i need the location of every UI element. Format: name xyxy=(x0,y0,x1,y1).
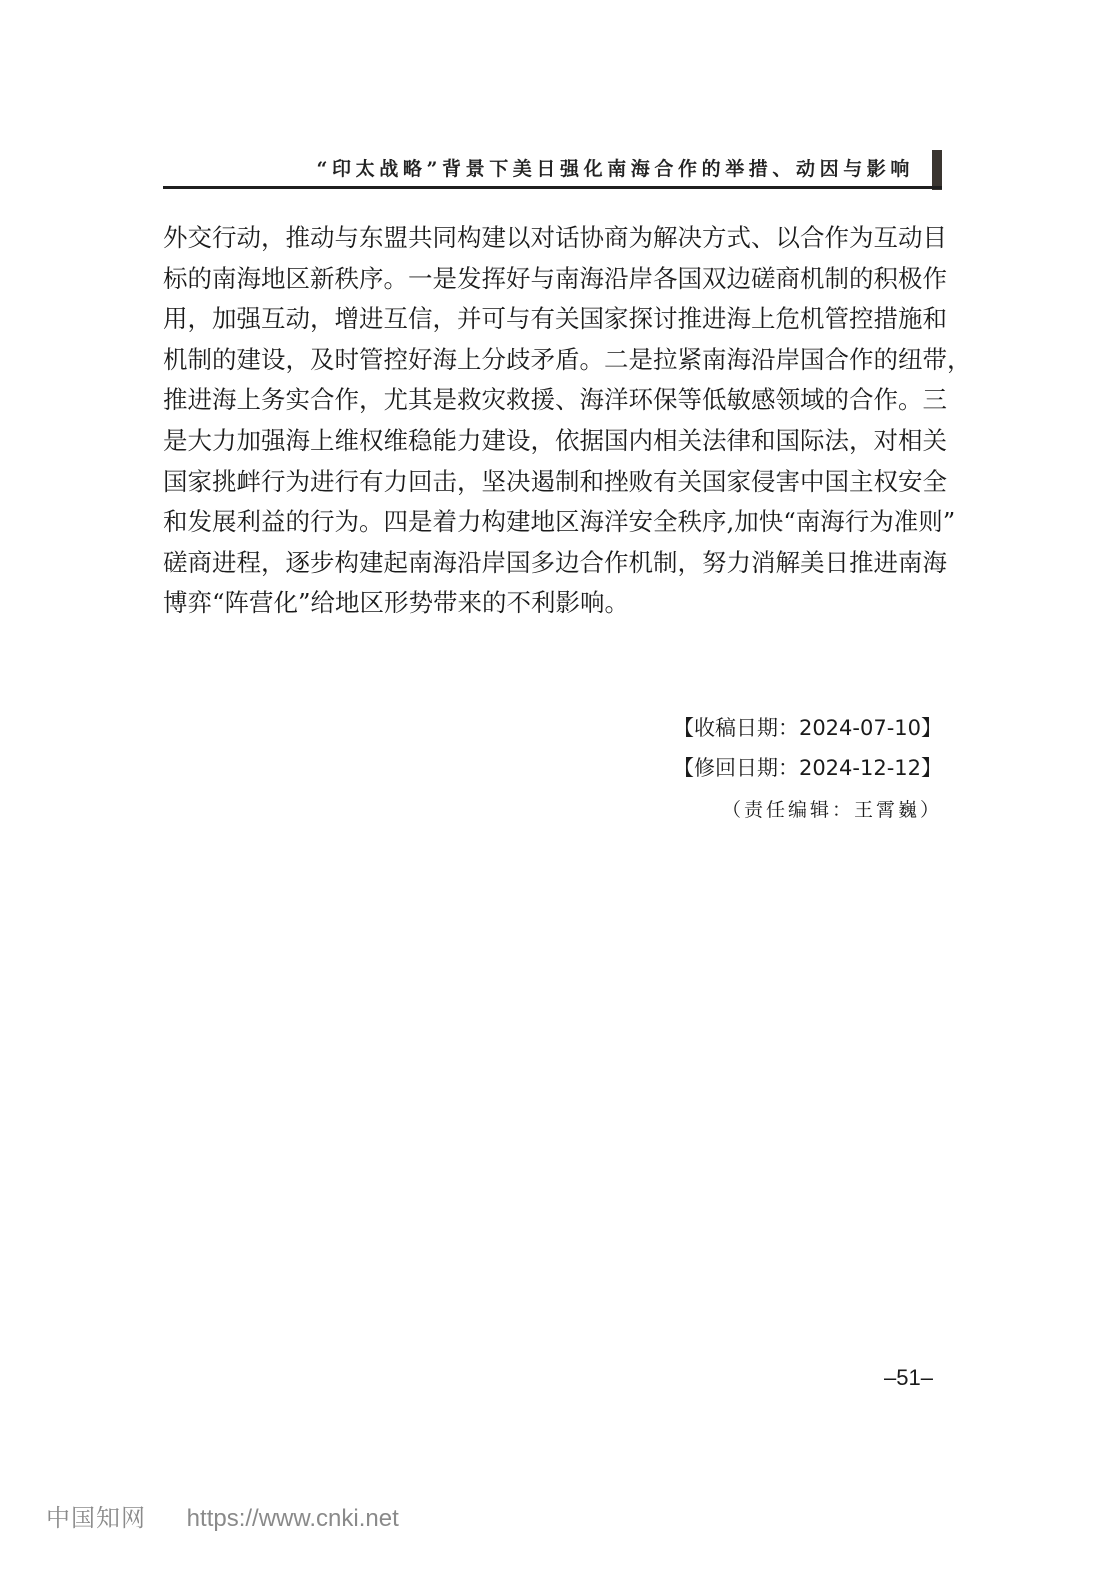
body-line: 机制的建设，及时管控好海上分歧矛盾。二是拉紧南海沿岸国合作的纽带， xyxy=(163,340,942,381)
watermark: 中国知网 https://www.cnki.net xyxy=(46,1498,399,1533)
watermark-url: https://www.cnki.net xyxy=(187,1505,399,1532)
running-header-title: “印太战略”背景下美日强化南海合作的举措、动因与影响 xyxy=(317,154,914,181)
responsible-editor: （责任编辑：王霄巍） xyxy=(673,788,942,828)
body-line: 博弈“阵营化”给地区形势带来的不利影响。 xyxy=(163,583,942,624)
received-date: 【收稿日期：2024-07-10】 xyxy=(673,708,942,748)
body-line: 是大力加强海上维权维稳能力建设，依据国内相关法律和国际法，对相关 xyxy=(163,421,942,462)
body-line: 外交行动，推动与东盟共同构建以对话协商为解决方式、以合作为互动目 xyxy=(163,218,942,259)
body-line: 和发展利益的行为。四是着力构建地区海洋安全秩序,加快“南海行为准则” xyxy=(163,502,942,543)
body-line: 推进海上务实合作，尤其是救灾救援、海洋环保等低敏感领域的合作。三 xyxy=(163,380,942,421)
body-line: 用，加强互动，增进互信，并可与有关国家探讨推进海上危机管控措施和 xyxy=(163,299,942,340)
body-line: 标的南海地区新秩序。一是发挥好与南海沿岸各国双边磋商机制的积极作 xyxy=(163,259,942,300)
body-line: 国家挑衅行为进行有力回击，坚决遏制和挫败有关国家侵害中国主权安全 xyxy=(163,462,942,503)
article-body: 外交行动，推动与东盟共同构建以对话协商为解决方式、以合作为互动目 标的南海地区新… xyxy=(163,218,942,624)
article-meta: 【收稿日期：2024-07-10】 【修回日期：2024-12-12】 （责任编… xyxy=(673,708,942,828)
body-line: 磋商进程，逐步构建起南海沿岸国多边合作机制，努力消解美日推进南海 xyxy=(163,543,942,584)
watermark-site-name: 中国知网 xyxy=(46,1505,146,1532)
page-number: –51– xyxy=(884,1365,933,1391)
running-header: “印太战略”背景下美日强化南海合作的举措、动因与影响 xyxy=(163,150,942,190)
header-side-bar xyxy=(932,150,942,190)
revised-date: 【修回日期：2024-12-12】 xyxy=(673,748,942,788)
header-rule xyxy=(163,186,942,189)
